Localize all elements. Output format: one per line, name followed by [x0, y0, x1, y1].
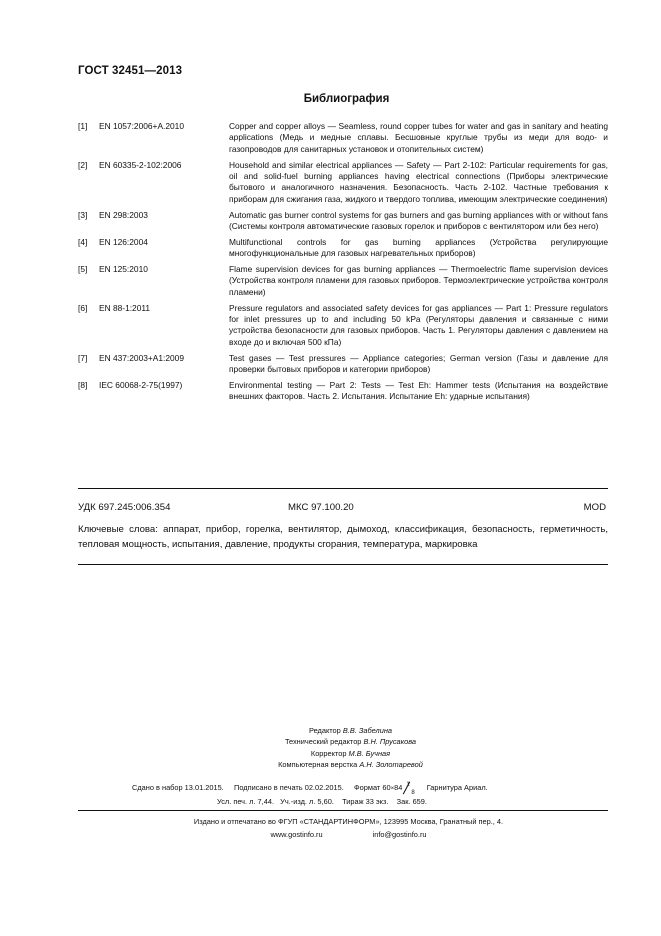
entry-description: Multifunctional controls for gas burning…: [229, 237, 608, 260]
bibliography-entry: [5] EN 125:2010 Flame supervision device…: [78, 264, 608, 298]
entry-number: [6]: [78, 303, 99, 349]
entry-standard-code: EN 60335-2-102:2006: [99, 160, 229, 206]
divider: [78, 810, 608, 811]
credit-editor: Редактор В.В. Забелина: [40, 725, 661, 736]
entry-number: [5]: [78, 264, 99, 298]
email-link[interactable]: info@gostinfo.ru: [373, 829, 427, 842]
entry-description: Pressure regulators and associated safet…: [229, 303, 608, 349]
entry-standard-code: EN 125:2010: [99, 264, 229, 298]
keywords: Ключевые слова: аппарат, прибор, горелка…: [78, 523, 608, 552]
entry-standard-code: IEC 60068-2-75(1997): [99, 380, 229, 403]
format-fraction: 18: [404, 783, 416, 793]
credit-tech-editor: Технический редактор В.Н. Прусакова: [40, 736, 661, 747]
modification-mark: MOD: [584, 502, 606, 513]
entry-description: Automatic gas burner control systems for…: [229, 210, 608, 233]
publisher-info: Издано и отпечатано во ФГУП «СТАНДАРТИНФ…: [0, 816, 661, 841]
entry-number: [4]: [78, 237, 99, 260]
bibliography-entry: [3] EN 298:2003 Automatic gas burner con…: [78, 210, 608, 233]
udk-code: УДК 697.245:006.354: [78, 502, 170, 513]
entry-description: Test gases — Test pressures — Appliance …: [229, 353, 608, 376]
entry-standard-code: EN 298:2003: [99, 210, 229, 233]
imprint-line-2: Усл. печ. л. 7,44. Уч.-изд. л. 5,60. Тир…: [217, 795, 427, 809]
section-title: Библиография: [0, 93, 661, 105]
publisher-line: Издано и отпечатано во ФГУП «СТАНДАРТИНФ…: [36, 816, 661, 829]
publisher-links: www.gostinfo.ruinfo@gostinfo.ru: [36, 829, 661, 842]
entry-standard-code: EN 88-1:2011: [99, 303, 229, 349]
entry-number: [1]: [78, 121, 99, 155]
entry-description: Flame supervision devices for gas burnin…: [229, 264, 608, 298]
entry-number: [3]: [78, 210, 99, 233]
credit-proofreader: Корректор М.В. Бучная: [40, 748, 661, 759]
entry-standard-code: EN 126:2004: [99, 237, 229, 260]
bibliography-entry: [2] EN 60335-2-102:2006 Household and si…: [78, 160, 608, 206]
divider: [78, 488, 608, 489]
bibliography-entry: [4] EN 126:2004 Multifunctional controls…: [78, 237, 608, 260]
mks-code: МКС 97.100.20: [288, 502, 354, 513]
entry-standard-code: EN 437:2003+A1:2009: [99, 353, 229, 376]
entry-description: Copper and copper alloys — Seamless, rou…: [229, 121, 608, 155]
entry-number: [8]: [78, 380, 99, 403]
entry-number: [2]: [78, 160, 99, 206]
bibliography-entry: [1] EN 1057:2006+A.2010 Copper and coppe…: [78, 121, 608, 155]
bibliography-list: [1] EN 1057:2006+A.2010 Copper and coppe…: [78, 121, 608, 407]
entry-number: [7]: [78, 353, 99, 376]
entry-standard-code: EN 1057:2006+A.2010: [99, 121, 229, 155]
entry-description: Household and similar electrical applian…: [229, 160, 608, 206]
bibliography-entry: [8] IEC 60068-2-75(1997) Environmental t…: [78, 380, 608, 403]
website-link[interactable]: www.gostinfo.ru: [270, 829, 322, 842]
credit-layout: Компьютерная верстка А.Н. Золотаревой: [40, 759, 661, 770]
bibliography-entry: [7] EN 437:2003+A1:2009 Test gases — Tes…: [78, 353, 608, 376]
credits: Редактор В.В. Забелина Технический редак…: [0, 725, 661, 770]
divider: [78, 564, 608, 565]
entry-description: Environmental testing — Part 2: Tests — …: [229, 380, 608, 403]
document-code: ГОСТ 32451—2013: [78, 65, 182, 77]
bibliography-entry: [6] EN 88-1:2011 Pressure regulators and…: [78, 303, 608, 349]
